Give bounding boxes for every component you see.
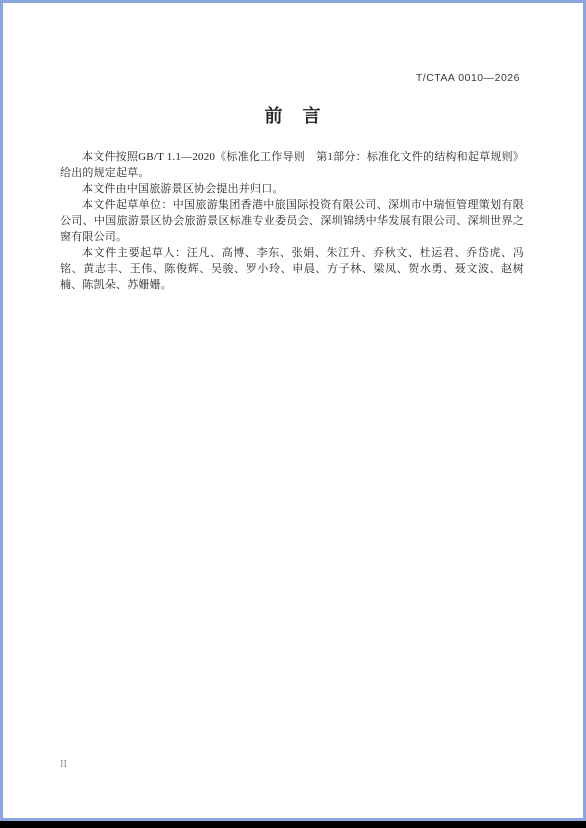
- bottom-black-strip: [0, 821, 586, 828]
- standard-code-header: T/CTAA 0010—2026: [416, 72, 520, 84]
- document-page: T/CTAA 0010—2026 前 言 本文件按照GB/T 1.1—2020《…: [0, 0, 586, 821]
- document-body: 本文件按照GB/T 1.1—2020《标准化工作导则 第1部分：标准化文件的结构…: [60, 149, 524, 293]
- paragraph-drafting-organizations: 本文件起草单位：中国旅游集团香港中旅国际投资有限公司、深圳市中瑞恒管理策划有限公…: [60, 197, 524, 245]
- paragraph-main-drafters: 本文件主要起草人：汪凡、高博、李东、张娟、朱江升、乔秋文、杜运君、乔岱虎、冯铭、…: [60, 245, 524, 293]
- page-number: II: [60, 759, 67, 770]
- screenshot-canvas: T/CTAA 0010—2026 前 言 本文件按照GB/T 1.1—2020《…: [0, 0, 586, 828]
- paragraph-drafting-rules: 本文件按照GB/T 1.1—2020《标准化工作导则 第1部分：标准化文件的结构…: [60, 149, 524, 181]
- paragraph-proposed-by: 本文件由中国旅游景区协会提出并归口。: [60, 181, 524, 197]
- page-title: 前 言: [3, 102, 583, 128]
